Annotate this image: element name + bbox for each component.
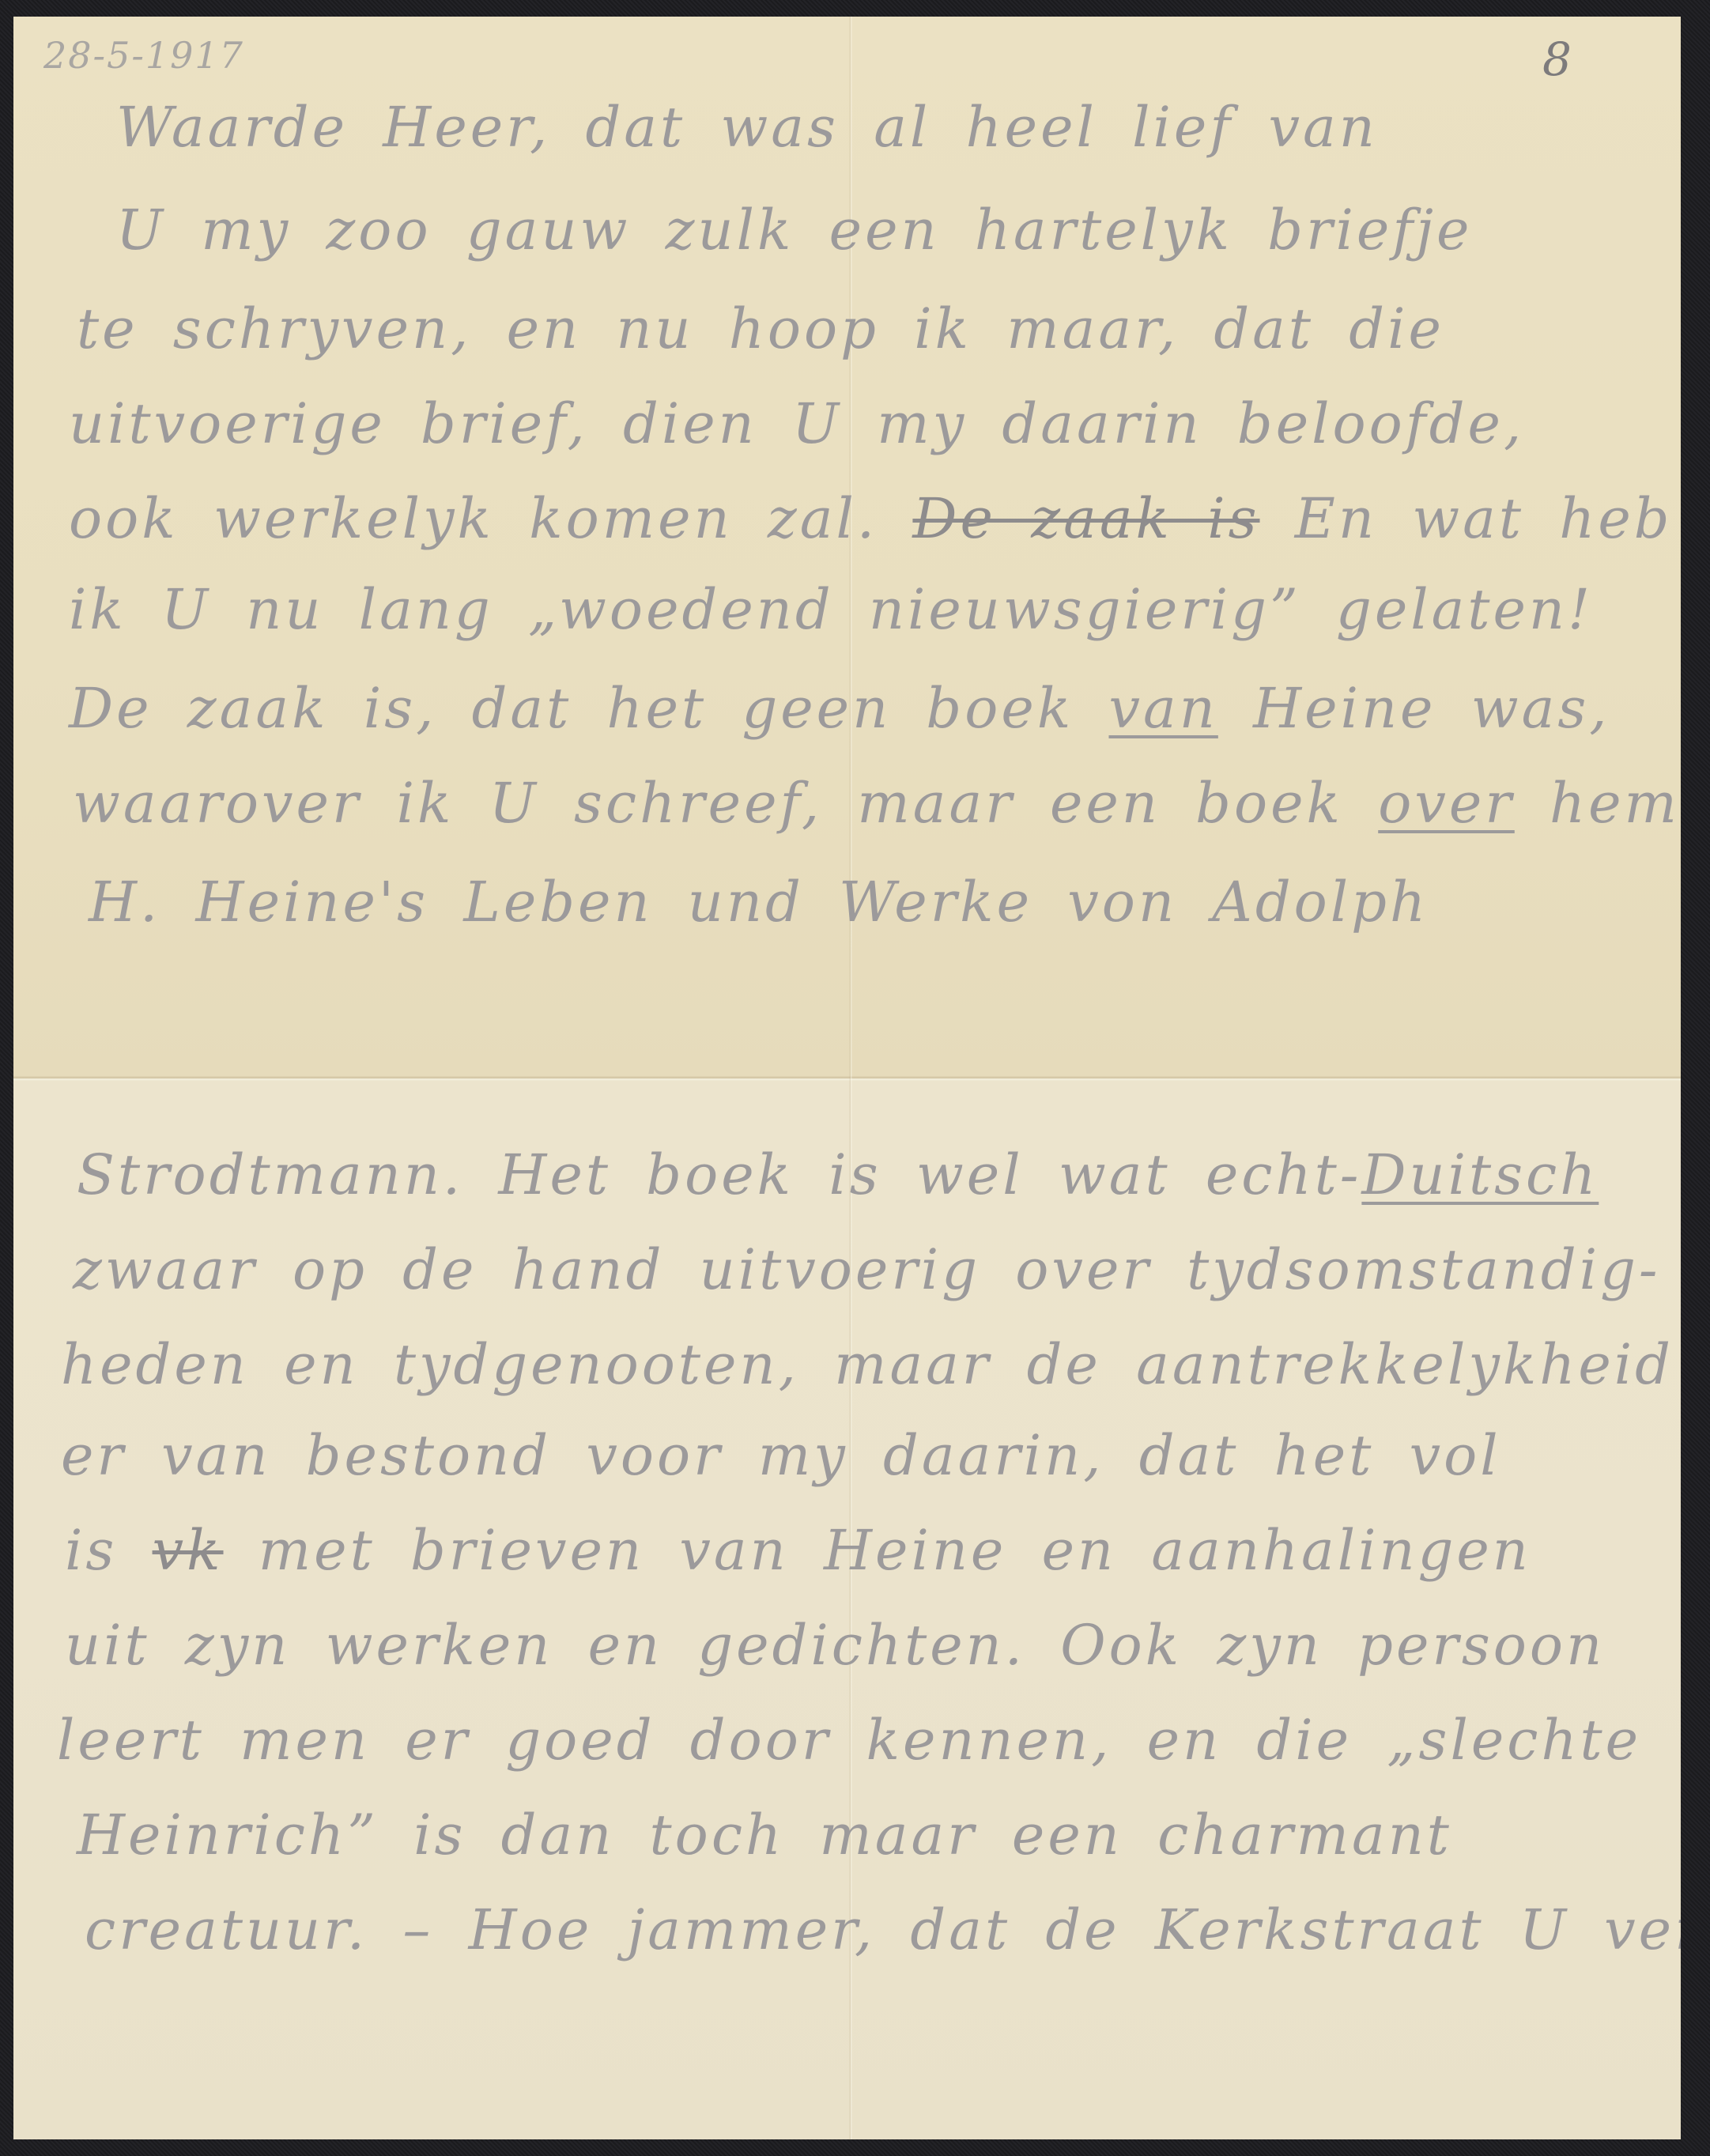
line-text: creatuur. – Hoe jammer, dat de Kerkstraa…: [85, 1897, 1681, 1962]
handwritten-line: uitvoerige brief, dien U my daarin beloo…: [69, 388, 1666, 459]
handwritten-line: H. Heine's Leben und Werke von Adolph: [89, 867, 1681, 938]
handwritten-line: er van bestond voor my daarin, dat het v…: [61, 1420, 1658, 1491]
handwritten-line: Waarde Heer, dat was al heel lief van: [116, 92, 1681, 163]
handwritten-line: zwaar op de hand uitvoerig over tydsomst…: [73, 1234, 1670, 1305]
page-number: 8: [1542, 32, 1572, 86]
line-text: ik U nu lang „woedend nieuwsgierig” gela…: [69, 577, 1593, 642]
line-text: heden en tydgenooten, maar de aantrekkel…: [61, 1332, 1674, 1397]
line-text: uitvoerige brief, dien U my daarin beloo…: [69, 391, 1524, 456]
handwritten-line: Heinrich” is dan toch maar een charmant: [77, 1799, 1674, 1871]
struck-out-text: vk: [153, 1518, 224, 1583]
line-text: waarover ik U schreef, maar een boek: [73, 771, 1378, 836]
letter-date: 28-5-1917: [43, 34, 244, 77]
line-text: En wat heb: [1260, 486, 1673, 551]
handwritten-line: uit zyn werken en gedichten. Ook zyn per…: [65, 1610, 1662, 1681]
line-text: H. Heine's Leben und Werke von Adolph: [89, 870, 1429, 935]
handwritten-line: ik U nu lang „woedend nieuwsgierig” gela…: [69, 574, 1666, 645]
handwritten-line: creatuur. – Hoe jammer, dat de Kerkstraa…: [85, 1894, 1681, 1965]
line-text: Waarde Heer, dat was al heel lief van: [116, 95, 1378, 160]
line-text: leert men er goed door kennen, en die „s…: [57, 1708, 1641, 1773]
handwritten-line: waarover ik U schreef, maar een boek ove…: [73, 768, 1670, 839]
underlined-text: van: [1108, 676, 1217, 741]
line-text: is: [65, 1518, 153, 1583]
line-text: U my zoo gauw zulk een hartelyk briefje: [116, 198, 1472, 262]
handwritten-line: ook werkelyk komen zal. De zaak is En wa…: [69, 483, 1666, 554]
line-text: Heine was,: [1218, 676, 1610, 741]
line-text: zwaar op de hand uitvoerig over tydsomst…: [73, 1237, 1661, 1302]
handwritten-line: U my zoo gauw zulk een hartelyk briefje: [116, 194, 1681, 266]
handwritten-line: is vk met brieven van Heine en aanhaling…: [65, 1515, 1662, 1586]
line-text: met brieven van Heine en aanhalingen: [224, 1518, 1531, 1583]
handwritten-line: heden en tydgenooten, maar de aantrekkel…: [61, 1329, 1658, 1400]
struck-out-text: De zaak is: [912, 486, 1259, 551]
horizontal-fold-crease: [13, 1076, 1681, 1081]
underlined-text: Duitsch: [1361, 1142, 1599, 1207]
letter-sheet: 28-5-1917 8 Waarde Heer, dat was al heel…: [13, 17, 1681, 2139]
line-text: te schryven, en nu hoop ik maar, dat die: [77, 296, 1444, 361]
handwritten-line: Strodtmann. Het boek is wel wat echt-Dui…: [77, 1139, 1674, 1210]
line-text: Heinrich” is dan toch maar een charmant: [77, 1803, 1452, 1867]
handwritten-line: leert men er goed door kennen, en die „s…: [57, 1705, 1654, 1776]
line-text: Strodtmann. Het boek is wel wat echt-: [77, 1142, 1361, 1207]
underlined-text: over: [1378, 771, 1515, 836]
line-text: er van bestond voor my daarin, dat het v…: [61, 1423, 1501, 1488]
line-text: ook werkelyk komen zal.: [69, 486, 912, 551]
line-text: hem.: [1515, 771, 1681, 836]
line-text: De zaak is, dat het geen boek: [69, 676, 1108, 741]
handwritten-line: De zaak is, dat het geen boek van Heine …: [69, 673, 1666, 744]
line-text: uit zyn werken en gedichten. Ook zyn per…: [65, 1613, 1605, 1678]
handwritten-line: te schryven, en nu hoop ik maar, dat die: [77, 293, 1674, 364]
